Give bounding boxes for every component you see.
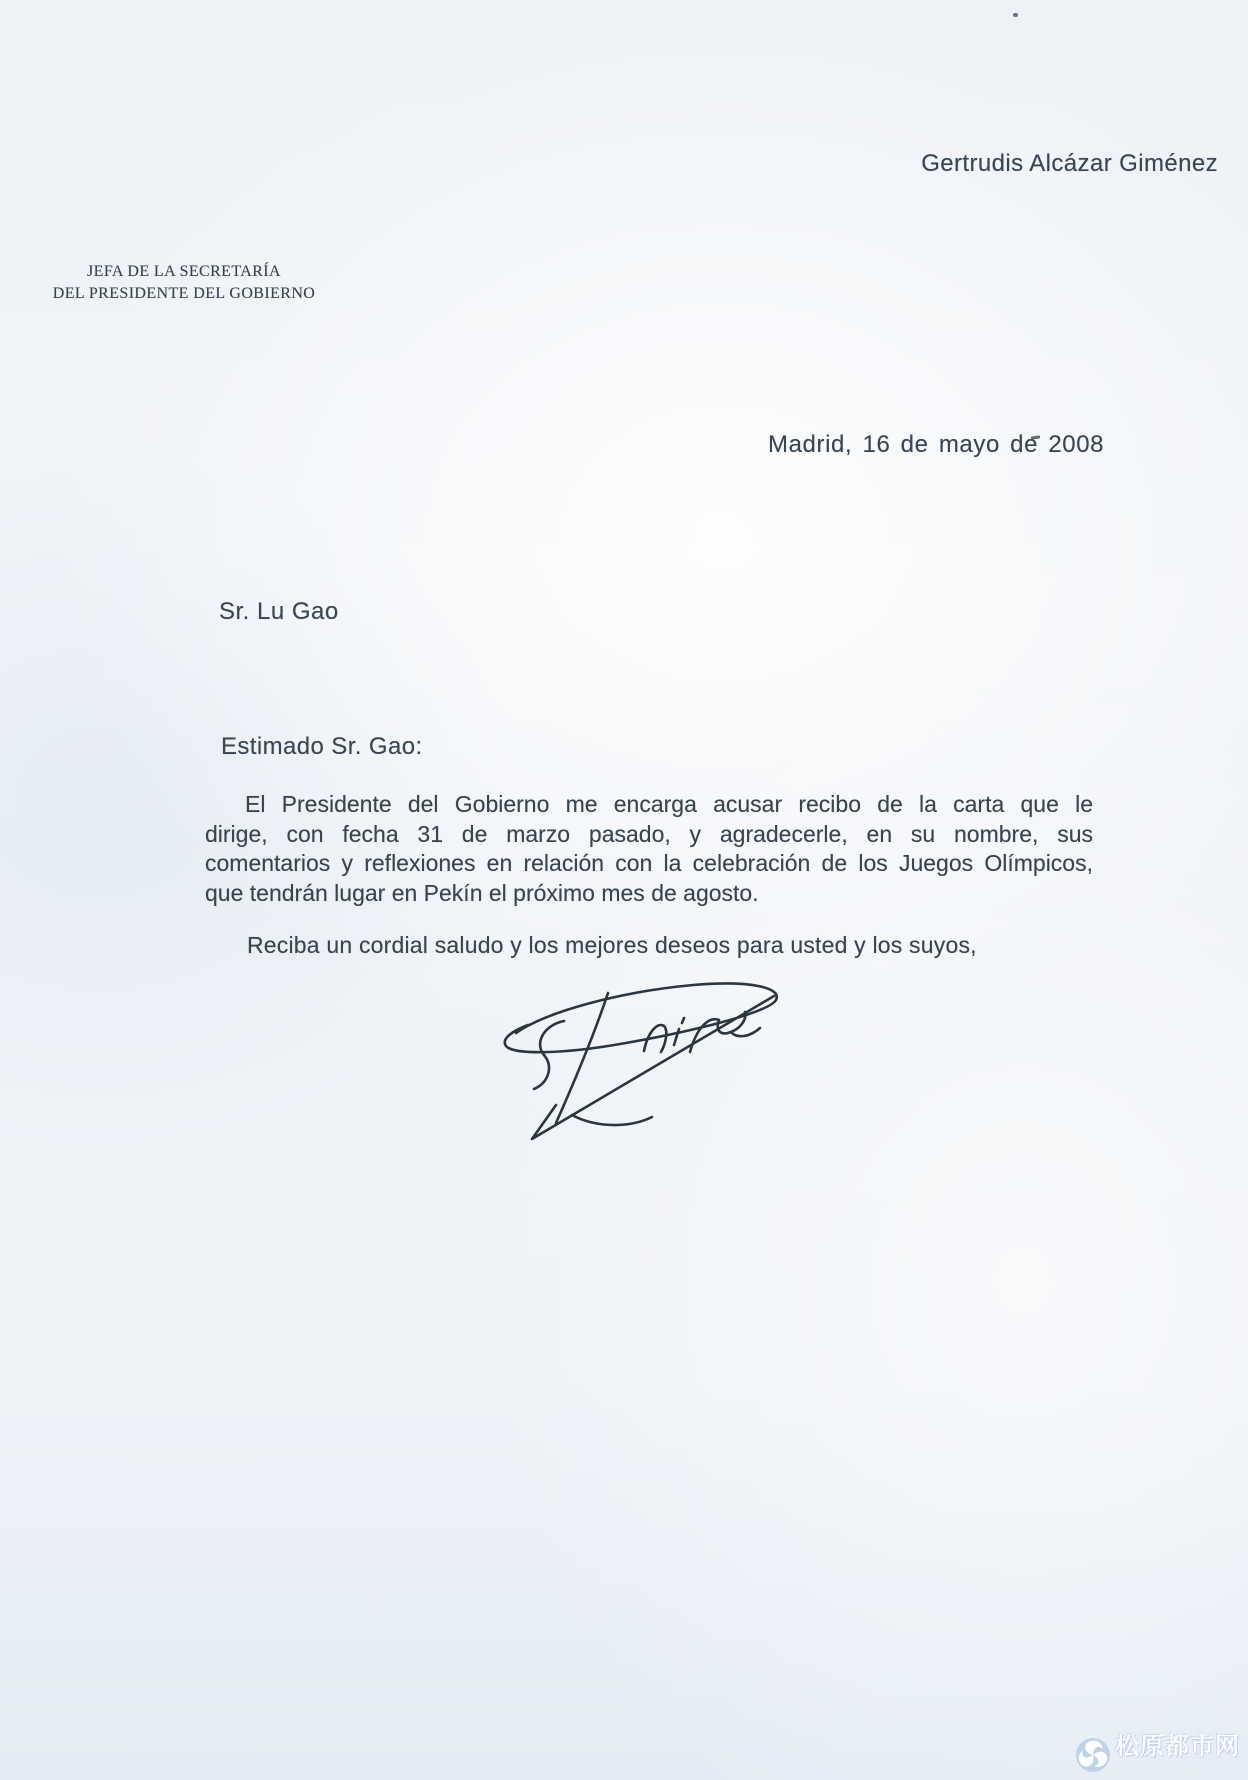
body-paragraph: El Presidente del Gobierno me encarga ac…	[205, 790, 1093, 908]
letterhead-line1: JEFA DE LA SECRETARÍA	[42, 261, 326, 283]
letterhead: JEFA DE LA SECRETARÍA DEL PRESIDENTE DEL…	[42, 261, 326, 305]
body-line: comentarios y reflexiones en relación co…	[205, 849, 1093, 879]
handwritten-signature	[468, 955, 818, 1160]
sender-name: Gertrudis Alcázar Giménez	[921, 150, 1218, 178]
watermark-site-url: WWW.0438.TV	[1123, 1760, 1240, 1775]
scan-artifact-speck	[1013, 13, 1018, 17]
salutation: Estimado Sr. Gao:	[221, 733, 423, 761]
date-line: Madrid, 16 de mayo de 2008	[768, 431, 1104, 459]
addressee: Sr. Lu Gao	[219, 598, 339, 626]
body-line: que tendrán lugar en Pekín el próximo me…	[205, 879, 1093, 909]
pinwheel-icon	[1075, 1737, 1111, 1773]
site-watermark: 松原都市网 WWW.0438.TV	[1075, 1734, 1240, 1775]
letter-page: Gertrudis Alcázar Giménez JEFA DE LA SEC…	[0, 0, 1248, 1780]
body-line: El Presidente del Gobierno me encarga ac…	[205, 790, 1093, 820]
watermark-site-name: 松原都市网	[1115, 1734, 1240, 1760]
watermark-texts: 松原都市网 WWW.0438.TV	[1115, 1734, 1240, 1775]
body-line: dirige, con fecha 31 de marzo pasado, y …	[205, 820, 1093, 850]
letterhead-line2: DEL PRESIDENTE DEL GOBIERNO	[42, 283, 326, 305]
signature-ink-icon	[468, 955, 818, 1160]
